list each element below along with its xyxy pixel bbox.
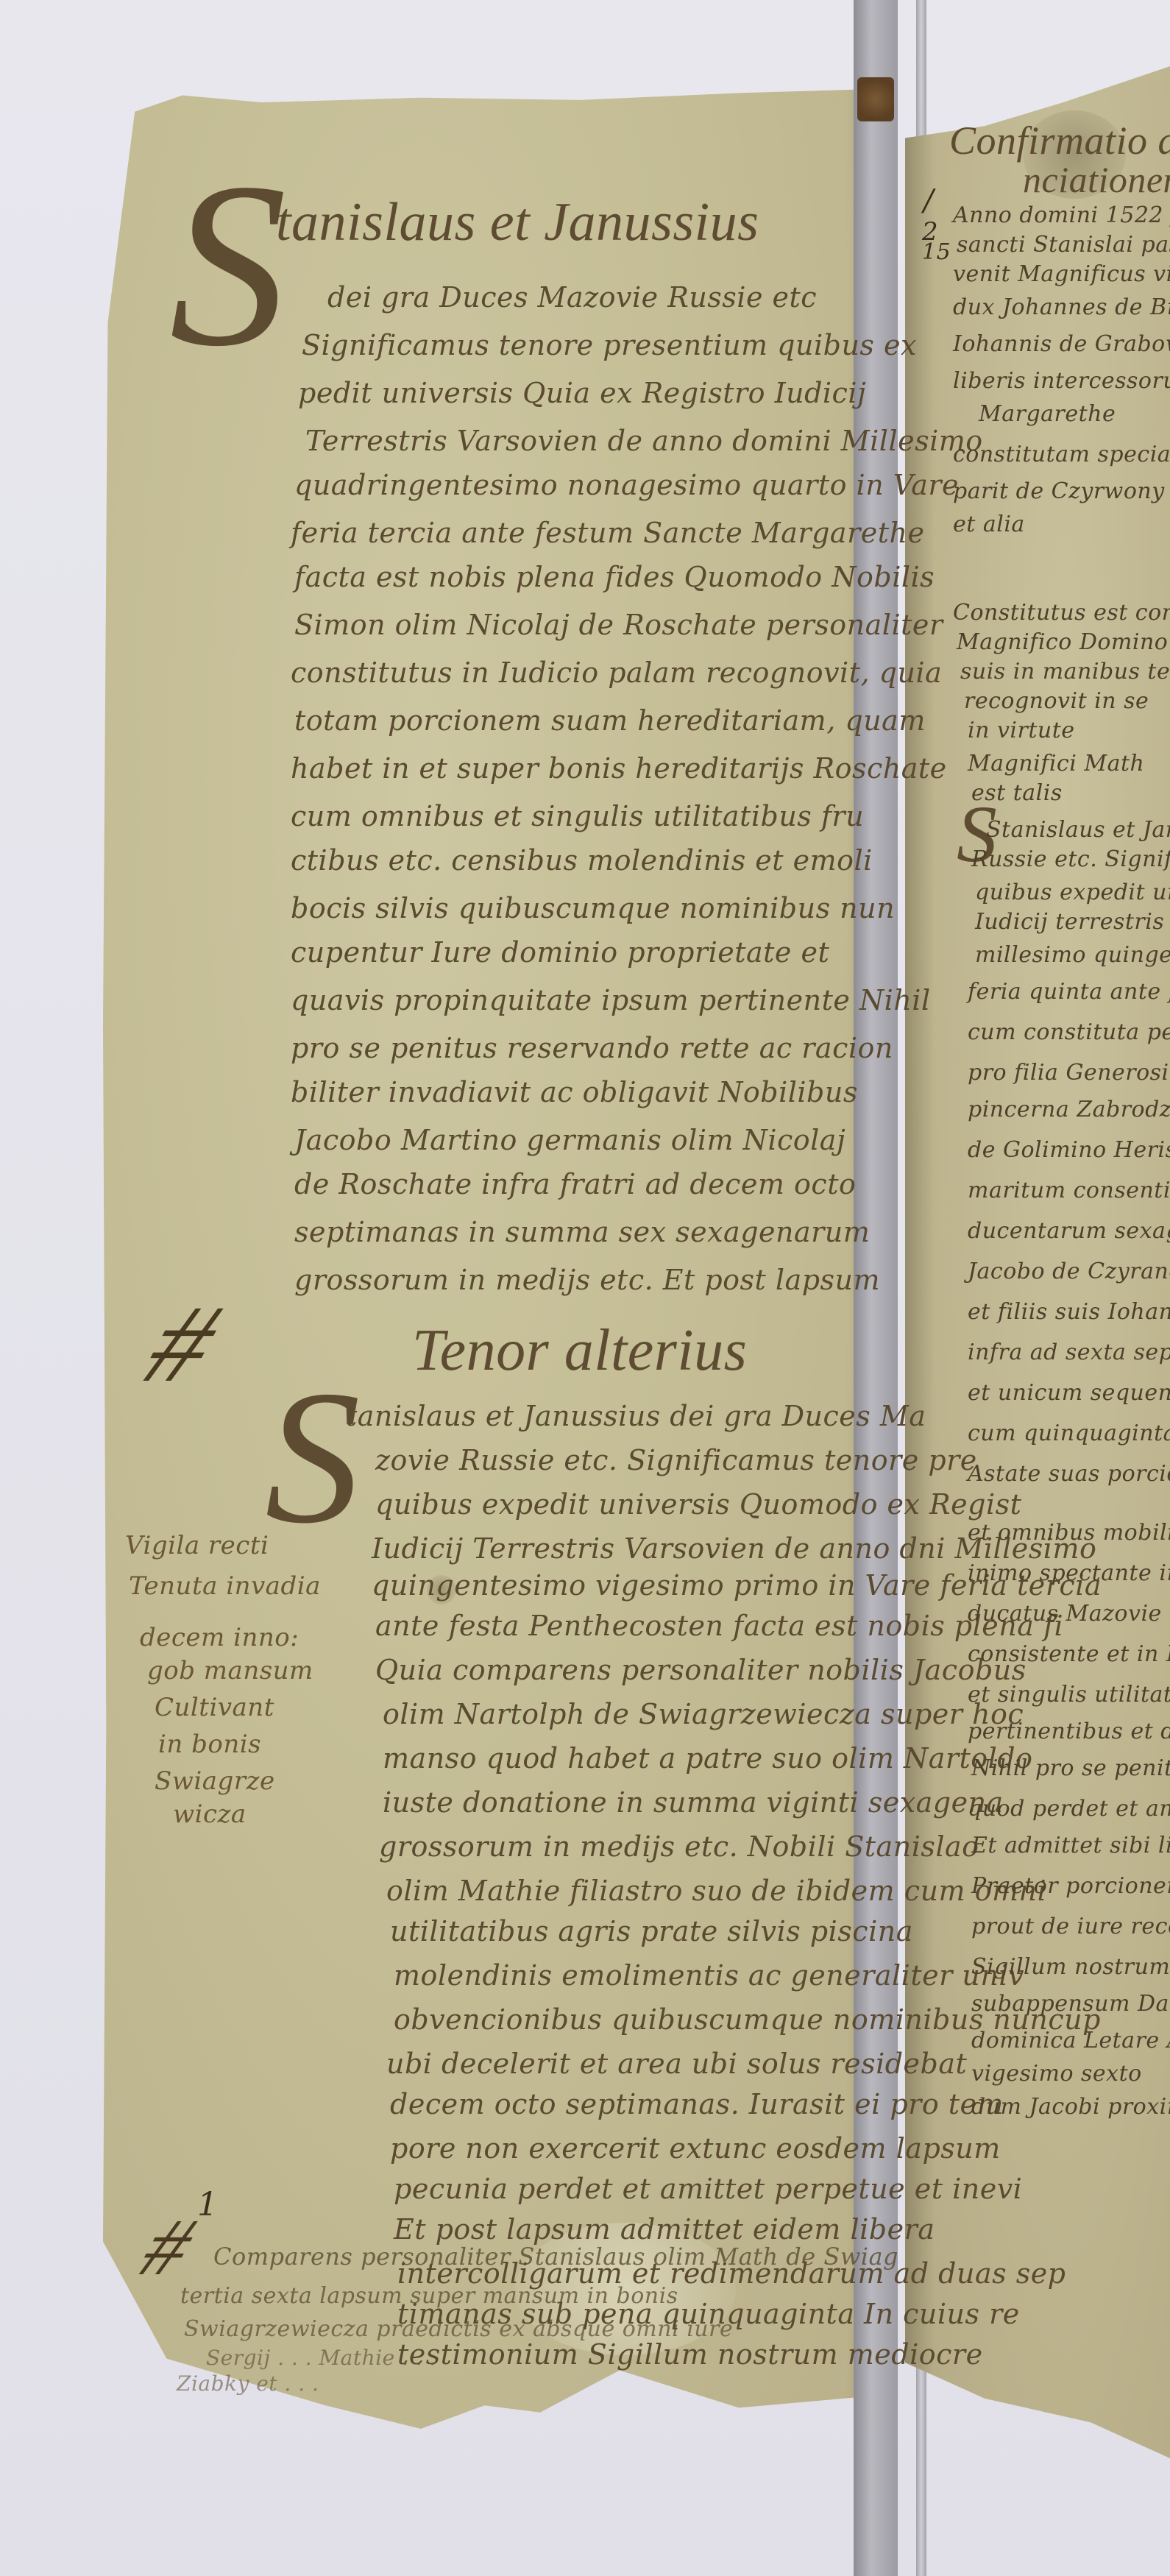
right-text-line: Praetor porcionem et <box>971 1873 1170 1899</box>
right-text-line: de Golimino Heris <box>968 1137 1170 1163</box>
right-text-line: pro filia Generosi <box>968 1060 1169 1086</box>
right-text-line: vigesimo sexto <box>971 2061 1142 2087</box>
right-text-line: et unicum sequens solvi <box>968 1380 1170 1406</box>
right-text-line: Et admittet sibi liberam <box>971 1833 1170 1858</box>
right-text-line: millesimo quingentesimo vigesimo <box>975 942 1170 968</box>
right-text-line: liberis intercessorum <box>953 368 1170 394</box>
right-text-line: Jacobo de Czyranowe <box>968 1259 1170 1284</box>
right-text-line: Nihil pro se penitus res <box>971 1755 1170 1781</box>
right-margin-mark: / <box>923 184 934 218</box>
right-text-line: et singulis utilitatibus <box>968 1682 1170 1708</box>
right-text-line: Russie etc. Significamus <box>971 846 1170 872</box>
right-text-line: sancti Stanislai passionis <box>957 232 1170 258</box>
right-text-line: Stanislaus et Janussius <box>986 817 1170 843</box>
right-text-line: Iohannis de Grabowy <box>953 331 1170 357</box>
right-margin-mark: 15 <box>922 239 951 265</box>
right-text-line: recognovit in se <box>964 688 1149 714</box>
right-text-line: inimo spectante in bonis <box>968 1560 1170 1586</box>
right-text-line: parit de Czyrwony <box>953 478 1165 504</box>
right-text-line: in virtute <box>968 718 1075 743</box>
right-text-line: et omnibus mobilibus et <box>968 1520 1170 1546</box>
right-text-line: Magnifico Domino Zabrodz <box>957 629 1170 655</box>
right-text-line: et filiis suis Iohannis nati <box>968 1299 1170 1325</box>
right-text-line: Constitutus est coram <box>953 600 1170 626</box>
right-text-line: dux Johannes de Brzesk <box>953 294 1170 320</box>
right-text-line: cum constituta personaliter nob <box>968 1019 1170 1045</box>
right-page-text: Confirmatio abrennu nciationem / 2 15 An… <box>0 0 1170 2576</box>
right-text-line: feria quinta ante festum <box>968 979 1170 1005</box>
right-text-line: quod perdet et amittet <box>968 1796 1170 1822</box>
right-text-line: et alia <box>953 512 1025 537</box>
right-text-line: subappensum Dat <box>971 1991 1170 2017</box>
right-text-line: consistente et in Regno <box>968 1641 1170 1667</box>
right-text-line: Sigillum nostrum medio <box>971 1954 1170 1980</box>
right-text-line: dominica Letare Anno do <box>971 2028 1170 2053</box>
right-text-line: prout de iure recepto <box>971 1914 1170 1939</box>
right-text-line: pincerna Zabrodz consen <box>968 1097 1170 1122</box>
right-heading-line: nciationem <box>1023 158 1170 201</box>
right-text-line: ducatus Mazovie in quo <box>968 1601 1170 1627</box>
right-text-line: ducentarum sexagenarum <box>968 1218 1170 1244</box>
right-text-line: Iudicij terrestris <box>975 909 1164 935</box>
right-text-line: quibus expedit universis <box>975 880 1170 905</box>
right-text-line: Astate suas porciones <box>968 1461 1170 1487</box>
right-text-line: Anno domini 1522 feria <box>953 202 1170 228</box>
right-text-line: dum Jacobi proximo <box>971 2094 1170 2120</box>
right-text-line: pertinentibus et decretis <box>968 1719 1170 1744</box>
right-text-line: maritum consentiente <box>968 1178 1170 1203</box>
right-text-line: constitutam specialiter <box>953 442 1170 467</box>
right-heading-line: Confirmatio abrennu <box>949 118 1170 163</box>
right-text-line: suis in manibus tenet <box>960 659 1170 684</box>
right-text-line: Margarethe <box>979 401 1116 427</box>
right-text-line: infra ad sexta septim <box>968 1340 1170 1365</box>
right-text-line: venit Magnificus vir <box>953 261 1170 287</box>
right-text-line: Magnifici Math <box>968 751 1144 776</box>
right-text-line: cum quinquaginta <box>968 1420 1170 1446</box>
